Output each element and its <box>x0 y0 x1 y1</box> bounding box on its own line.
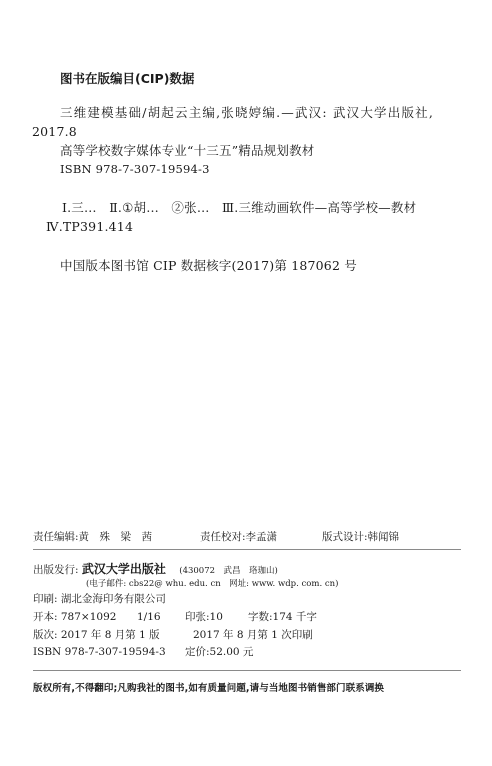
responsible-proofreader: 责任校对:李孟潇 <box>200 532 277 543</box>
publisher-isbn: ISBN 978-7-307-19594-3 <box>33 647 166 658</box>
cip-isbn: ISBN 978-7-307-19594-3 <box>60 164 210 176</box>
divider-top <box>33 549 461 550</box>
cip-entry-line2: 2017.8 <box>32 126 77 139</box>
layout-designer: 版式设计:韩闻锦 <box>322 532 399 543</box>
cip-entry-line1: 三维建模基础/胡起云主编,张晓婷编.—武汉: 武汉大学出版社, <box>60 107 434 120</box>
format-fraction: 1/16 <box>137 612 161 623</box>
printer: 印刷: 湖北金海印务有限公司 <box>33 594 166 605</box>
copyright-notice: 版权所有,不得翻印;凡购我社的图书,如有质量问题,请与当地图书销售部门联系调换 <box>33 684 384 694</box>
printing: 2017 年 8 月第 1 次印刷 <box>193 630 313 641</box>
cip-heading: 图书在版编目(CIP)数据 <box>60 73 194 86</box>
publisher-contact: (电子邮件: cbs22@ whu. edu. cn 网址: www. wdp.… <box>86 580 338 589</box>
cip-series: 高等学校数字媒体专业“十三五”精品规划教材 <box>60 145 314 158</box>
publisher-name: 武汉大学出版社 <box>82 562 166 576</box>
divider-bottom <box>33 670 461 671</box>
word-count: 字数:174 千字 <box>248 612 317 623</box>
publisher-row: 出版发行: 武汉大学出版社 (430072 武昌 珞珈山) <box>33 563 278 576</box>
edition: 版次: 2017 年 8 月第 1 版 <box>33 630 160 641</box>
cip-subjects-line1: Ⅰ.三… Ⅱ.①胡… ②张… Ⅲ.三维动画软件—高等学校—教材 <box>62 202 416 215</box>
price: 定价:52.00 元 <box>185 647 253 658</box>
format: 开本: 787×1092 <box>33 612 116 623</box>
printed-sheets: 印张:10 <box>185 612 223 623</box>
publisher-label: 出版发行: <box>33 564 79 576</box>
cip-subjects-line2: Ⅳ.TP391.414 <box>46 221 133 234</box>
cip-record-number: 中国版本图书馆 CIP 数据核字(2017)第 187062 号 <box>60 260 357 273</box>
publisher-address: (430072 武昌 珞珈山) <box>179 566 278 576</box>
responsible-editor: 责任编辑:黄 殊 梁 茜 <box>33 532 152 543</box>
